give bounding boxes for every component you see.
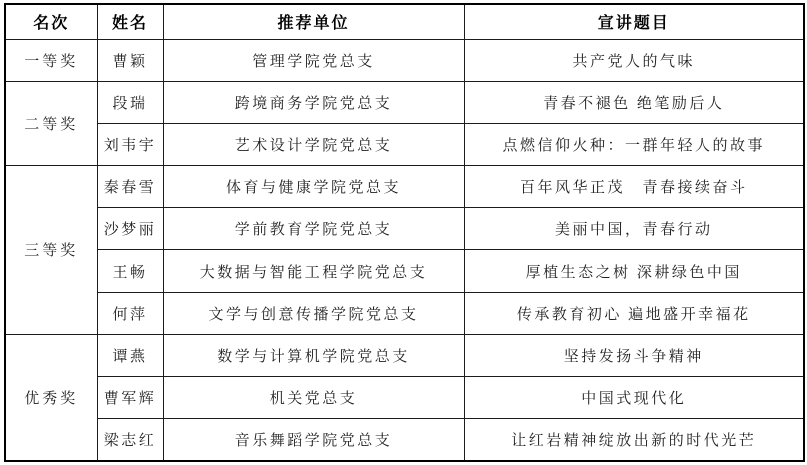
header-topic: 宣讲题目: [464, 4, 804, 39]
topic-cell: 百年风华正茂 青春接续奋斗: [464, 166, 804, 208]
name-cell: 梁志红: [97, 419, 163, 461]
unit-cell: 文学与创意传播学院党总支: [163, 292, 464, 334]
topic-cell: 中国式现代化: [464, 377, 804, 419]
rank-cell: 优秀奖: [5, 334, 97, 461]
header-rank: 名次: [5, 4, 97, 39]
table-row: 刘韦宇 艺术设计学院党总支 点燃信仰火种：一群年轻人的故事: [5, 123, 804, 165]
table-row: 王畅 大数据与智能工程学院党总支 厚植生态之树 深耕绿色中国: [5, 250, 804, 292]
award-results-table: 名次 姓名 推荐单位 宣讲题目 一等奖 曹颖 管理学院党总支 共产党人的气味 二…: [4, 3, 805, 462]
unit-cell: 数学与计算机学院党总支: [163, 334, 464, 376]
topic-cell: 坚持发扬斗争精神: [464, 334, 804, 376]
topic-cell: 厚植生态之树 深耕绿色中国: [464, 250, 804, 292]
header-row: 名次 姓名 推荐单位 宣讲题目: [5, 4, 804, 39]
rank-cell: 二等奖: [5, 81, 97, 165]
table-row: 二等奖 段瑞 跨境商务学院党总支 青春不褪色 绝笔励后人: [5, 81, 804, 123]
table-row: 一等奖 曹颖 管理学院党总支 共产党人的气味: [5, 39, 804, 81]
topic-cell: 传承教育初心 遍地盛开幸福花: [464, 292, 804, 334]
unit-cell: 音乐舞蹈学院党总支: [163, 419, 464, 461]
header-unit: 推荐单位: [163, 4, 464, 39]
unit-cell: 体育与健康学院党总支: [163, 166, 464, 208]
unit-cell: 管理学院党总支: [163, 39, 464, 81]
unit-cell: 艺术设计学院党总支: [163, 123, 464, 165]
document-page: 名次 姓名 推荐单位 宣讲题目 一等奖 曹颖 管理学院党总支 共产党人的气味 二…: [0, 0, 807, 465]
unit-cell: 大数据与智能工程学院党总支: [163, 250, 464, 292]
unit-cell: 机关党总支: [163, 377, 464, 419]
name-cell: 何萍: [97, 292, 163, 334]
rank-cell: 三等奖: [5, 166, 97, 335]
table-row: 曹军辉 机关党总支 中国式现代化: [5, 377, 804, 419]
unit-cell: 跨境商务学院党总支: [163, 81, 464, 123]
table-row: 梁志红 音乐舞蹈学院党总支 让红岩精神绽放出新的时代光芒: [5, 419, 804, 461]
topic-cell: 青春不褪色 绝笔励后人: [464, 81, 804, 123]
name-cell: 秦春雪: [97, 166, 163, 208]
name-cell: 王畅: [97, 250, 163, 292]
name-cell: 段瑞: [97, 81, 163, 123]
topic-cell: 点燃信仰火种：一群年轻人的故事: [464, 123, 804, 165]
table-row: 何萍 文学与创意传播学院党总支 传承教育初心 遍地盛开幸福花: [5, 292, 804, 334]
name-cell: 沙梦丽: [97, 208, 163, 250]
name-cell: 刘韦宇: [97, 123, 163, 165]
table-row: 沙梦丽 学前教育学院党总支 美丽中国，青春行动: [5, 208, 804, 250]
topic-cell: 让红岩精神绽放出新的时代光芒: [464, 419, 804, 461]
table-row: 三等奖 秦春雪 体育与健康学院党总支 百年风华正茂 青春接续奋斗: [5, 166, 804, 208]
name-cell: 曹颖: [97, 39, 163, 81]
rank-cell: 一等奖: [5, 39, 97, 81]
unit-cell: 学前教育学院党总支: [163, 208, 464, 250]
header-name: 姓名: [97, 4, 163, 39]
topic-cell: 美丽中国，青春行动: [464, 208, 804, 250]
topic-cell: 共产党人的气味: [464, 39, 804, 81]
name-cell: 谭燕: [97, 334, 163, 376]
table-row: 优秀奖 谭燕 数学与计算机学院党总支 坚持发扬斗争精神: [5, 334, 804, 376]
name-cell: 曹军辉: [97, 377, 163, 419]
